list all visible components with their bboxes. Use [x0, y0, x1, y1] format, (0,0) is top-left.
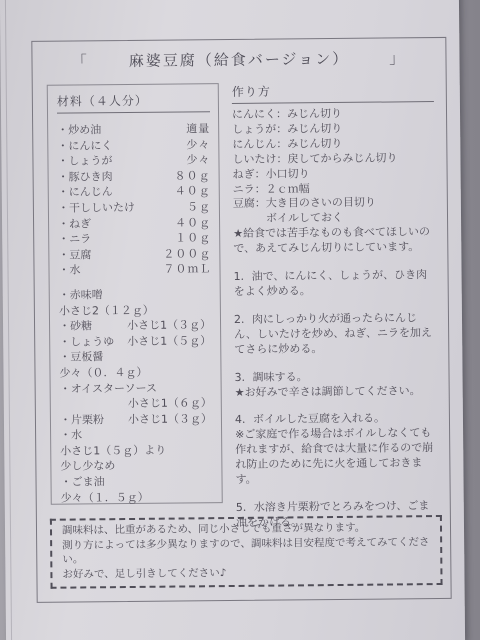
note-box: 調味料は、比重があるため、同じ小さじでも重さが異なります。 測り方によっては多少…	[50, 515, 443, 589]
ingredient-row: ・ 炒め油 適量	[57, 121, 210, 138]
bullet-dot: ・	[60, 412, 71, 428]
ingredient-amount: 適量	[186, 121, 210, 137]
bullet-dot: ・	[60, 381, 71, 397]
prep-list: にんにく：みじん切り しょうが：みじん切り にんじん：みじん切り しいたけ：戻し…	[232, 106, 435, 257]
method-header: 作り方	[232, 81, 434, 104]
bullet-dot: ・	[58, 263, 69, 279]
seasoning-name: 水	[71, 427, 128, 443]
seasoning-amount: 小さじ1（３ｇ）	[127, 317, 211, 333]
ingredient-name: 水	[69, 263, 80, 279]
ingredient-name: ねぎ	[69, 216, 91, 232]
ingredient-amount: ４０ｇ	[175, 215, 211, 231]
seasoning-amount: 小さじ1（３ｇ）	[128, 411, 212, 427]
seasoning-row: ・ 砂糖 小さじ1（３ｇ）	[59, 317, 212, 334]
recipe-title: 「 麻婆豆腐（給食バージョン） 」	[32, 47, 445, 72]
ingredient-name: にんじん	[69, 185, 113, 201]
seasoning-name: しょうゆ	[70, 334, 127, 350]
ingredients-header: 材料（４人分）	[57, 91, 210, 113]
page-title: 麻婆豆腐（給食バージョン）	[129, 48, 350, 71]
bullet-dot: ・	[57, 138, 68, 154]
seasoning-row: ・ ごま油 少々（１．５ｇ）	[60, 473, 213, 506]
ingredients-panel: 材料（４人分） ・ 炒め油 適量 ・ にんにく 少々 ・ しょうが 少々 ・ 豚…	[47, 83, 223, 505]
ingredient-row: ・ にんにく 少々	[57, 137, 210, 154]
seasoning-row: ・ 豆板醤 少々（０．４ｇ）	[59, 349, 212, 382]
seasoning-amount: 小さじ1（６ｇ）	[60, 395, 213, 412]
bullet-dot: ・	[58, 185, 69, 201]
ingredient-row: ・ ねぎ ４０ｇ	[58, 215, 211, 232]
seasonings-list: ・ 赤味噌 小さじ2（１２ｇ） ・ 砂糖 小さじ1（３ｇ） ・ しょうゆ 小さじ…	[59, 286, 214, 506]
ingredient-row: ・ ニラ １０ｇ	[58, 230, 211, 247]
ingredient-name: ニラ	[69, 232, 91, 248]
title-open-bracket: 「	[72, 50, 89, 71]
bullet-dot: ・	[58, 201, 69, 217]
seasoning-amount: 小さじ2（１２ｇ）	[59, 302, 154, 319]
title-close-bracket: 」	[389, 47, 406, 68]
seasoning-amount: 少々（１．５ｇ）	[61, 489, 149, 505]
ingredient-amount: 少々	[186, 137, 210, 153]
seasoning-row: ・ 赤味噌 小さじ2（１２ｇ）	[59, 286, 212, 319]
ingredient-amount: ７０ｍＬ	[163, 262, 211, 278]
ingredient-name: しょうが	[68, 153, 112, 169]
ingredient-name: 豚ひき肉	[69, 169, 113, 185]
ingredient-name: 干ししいたけ	[69, 200, 135, 216]
ingredient-name: 豆腐	[69, 247, 91, 263]
note-line: 測り方によっては多少異なりますので、調味料は目安程度で考えてみてください。	[62, 535, 430, 568]
bullet-dot: ・	[59, 287, 70, 303]
ingredient-row: ・ 干ししいたけ ５ｇ	[58, 199, 211, 216]
ingredient-row: ・ しょうが 少々	[57, 152, 210, 169]
ingredient-amount: 少々	[186, 152, 210, 168]
seasoning-name: 片栗粉	[71, 412, 128, 428]
ingredient-amount: ４０ｇ	[175, 184, 211, 200]
seasoning-name: 豆板醤	[70, 349, 127, 365]
seasoning-row: ・ オイスターソース 小さじ1（６ｇ）	[60, 380, 213, 413]
content-columns: 材料（４人分） ・ 炒め油 適量 ・ にんにく 少々 ・ しょうが 少々 ・ 豚…	[47, 81, 438, 532]
step-paragraph: 4．ボイルした豆腐を入れる。 ※ご家庭で作る場合はボイルしなくても作れますが、給…	[235, 411, 438, 487]
photo-background: 「 麻婆豆腐（給食バージョン） 」 材料（４人分） ・ 炒め油 適量 ・ にんに…	[0, 0, 480, 640]
seasoning-name: 砂糖	[70, 318, 127, 334]
recipe-frame: 「 麻婆豆腐（給食バージョン） 」 材料（４人分） ・ 炒め油 適量 ・ にんに…	[31, 37, 451, 603]
bullet-dot: ・	[59, 334, 70, 350]
seasoning-name: オイスターソース	[71, 380, 158, 396]
ingredient-row: ・ 豚ひき肉 ８０ｇ	[58, 168, 211, 185]
ingredient-name: にんにく	[68, 138, 112, 154]
prep-line: ★給食では苦手なものも食べてほしいので、あえてみじん切りにしています。	[233, 225, 435, 257]
bullet-dot: ・	[58, 247, 69, 263]
seasoning-amount: 少々（０．４ｇ）	[59, 365, 147, 381]
step-paragraph: 3．調味する。 ★お好みで辛さは調節してください。	[234, 369, 436, 401]
bullet-dot: ・	[60, 475, 71, 491]
seasoning-amount: 小さじ1（５ｇ）より 少し少なめ	[60, 443, 166, 475]
ingredient-amount: ５ｇ	[187, 199, 211, 215]
ingredient-amount: １０ｇ	[175, 230, 211, 246]
ingredient-name: 炒め油	[68, 122, 101, 138]
bullet-dot: ・	[59, 350, 70, 366]
seasoning-row: ・ 水 小さじ1（５ｇ）より 少し少なめ	[60, 426, 213, 474]
ingredient-row: ・ 水 ７０ｍＬ	[58, 262, 211, 279]
bullet-dot: ・	[58, 169, 69, 185]
seasoning-amount: 小さじ1（５ｇ）	[127, 333, 211, 349]
bullet-dot: ・	[58, 216, 69, 232]
ingredient-row: ・ 豆腐 ２００ｇ	[58, 246, 211, 263]
ingredient-row: ・ にんじん ４０ｇ	[58, 184, 211, 201]
bullet-dot: ・	[57, 154, 68, 170]
note-lines: 調味料は、比重があるため、同じ小さじでも重さが異なります。 測り方によっては多少…	[62, 520, 431, 582]
recipe-paper: 「 麻婆豆腐（給食バージョン） 」 材料（４人分） ・ 炒め油 適量 ・ にんに…	[0, 0, 465, 640]
seasoning-name: 赤味噌	[70, 287, 127, 303]
ingredients-list: ・ 炒め油 適量 ・ にんにく 少々 ・ しょうが 少々 ・ 豚ひき肉 ８０ｇ …	[57, 121, 211, 278]
method-panel: 作り方 にんにく：みじん切り しょうが：みじん切り にんじん：みじん切り しいた…	[219, 81, 438, 531]
note-line: お好みで、足し引きしてください♪	[62, 564, 430, 582]
seasoning-name: ごま油	[71, 474, 128, 490]
bullet-dot: ・	[60, 428, 71, 444]
steps-list: 1．油で、にんにく、しょうが、ひき肉をよく炒める。 2．肉にしっかり火が通ったら…	[234, 268, 438, 531]
ingredient-amount: ２００ｇ	[163, 246, 211, 262]
step-paragraph: 1．油で、にんにく、しょうが、ひき肉をよく炒める。	[234, 268, 436, 300]
seasoning-row: ・ しょうゆ 小さじ1（５ｇ）	[59, 333, 212, 350]
ingredient-amount: ８０ｇ	[175, 168, 211, 184]
seasoning-row: ・ 片栗粉 小さじ1（３ｇ）	[60, 411, 213, 428]
bullet-dot: ・	[59, 319, 70, 335]
bullet-dot: ・	[57, 123, 68, 139]
bullet-dot: ・	[58, 232, 69, 248]
step-paragraph: 2．肉にしっかり火が通ったらにんじん、しいたけを炒め、ねぎ、ニラを加えてさらに炒…	[234, 311, 436, 358]
